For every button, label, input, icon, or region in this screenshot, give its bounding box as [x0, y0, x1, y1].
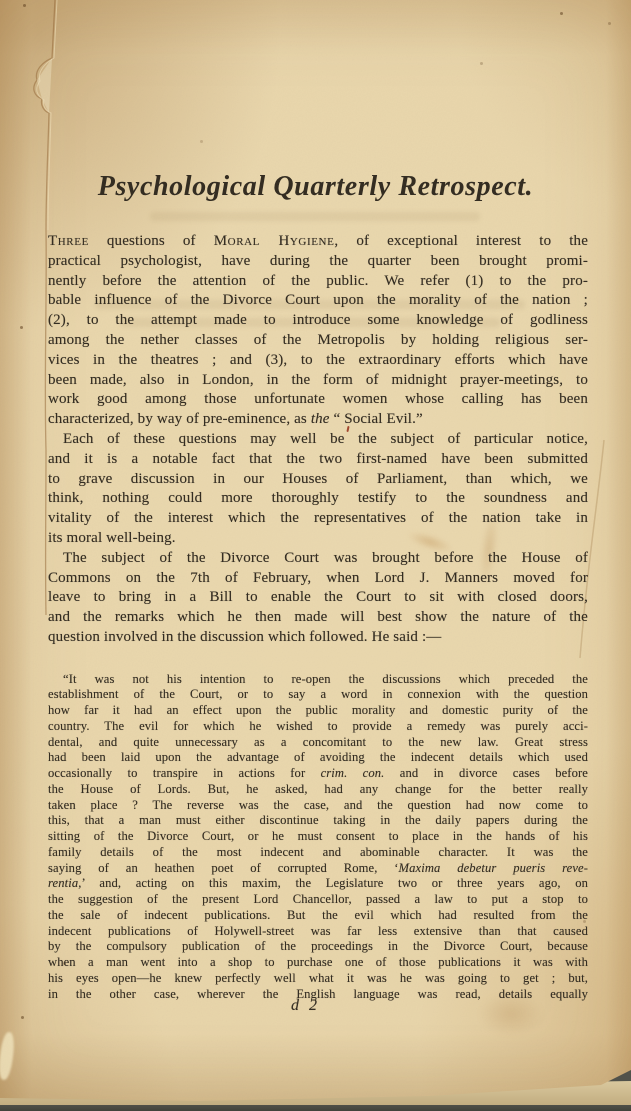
- text-line: had been laid upon the advantage of avoi…: [48, 750, 588, 766]
- text-line: “It was not his intention to re-open the…: [48, 672, 588, 688]
- text-line: how far it had an effect upon the public…: [48, 703, 588, 719]
- text-line: the suggestion of the present Lord Chanc…: [48, 892, 588, 908]
- text-line: characterized, by way of pre-eminence, a…: [48, 410, 588, 430]
- text-line: this, that a man must either discontinue…: [48, 813, 588, 829]
- page-paper: Psychological Quarterly Retrospect. Thre…: [0, 0, 631, 1111]
- text-line: vitality of the interest which the repre…: [48, 509, 588, 529]
- text-line: saying of an heathen poet of corrupted R…: [48, 861, 588, 877]
- text-block: Three questions of Moral Hygiene, of exc…: [48, 232, 588, 1002]
- ink-speck: [560, 12, 563, 15]
- text-line: vices in the theatres ; and (3), to the …: [48, 351, 588, 371]
- text-line: leave to bring in a Bill to enable the C…: [48, 588, 588, 608]
- text-line: its moral well-being.: [48, 529, 588, 549]
- ink-speck: [21, 1016, 24, 1019]
- text-line: establishment of the Court, or to say a …: [48, 687, 588, 703]
- text-line: question involved in the discussion whic…: [48, 628, 588, 648]
- body-paragraph: Each of these questions may well be the …: [48, 430, 588, 549]
- scanned-page: Psychological Quarterly Retrospect. Thre…: [0, 0, 631, 1111]
- ink-speck: [480, 62, 483, 65]
- text-line: when a man went into a shop to purchase …: [48, 955, 588, 971]
- text-line: the House of Lords. But, he asked, had a…: [48, 782, 588, 798]
- text-line: occasionally to transpire in actions for…: [48, 766, 588, 782]
- text-line: family details of the most indecent and …: [48, 845, 588, 861]
- text-line: and the remarks which he then made will …: [48, 608, 588, 628]
- text-line: (2), to the attempt made to introduce so…: [48, 311, 588, 331]
- text-line: the sale of indecent publications. But t…: [48, 908, 588, 924]
- text-line: and it is a notable fact that the two fi…: [48, 450, 588, 470]
- text-line: his eyes open—he knew perfectly well wha…: [48, 971, 588, 987]
- ink-speck: [608, 22, 611, 25]
- signature-mark: d 2: [0, 997, 621, 1015]
- text-line: sitting of the Divorce Court, or he must…: [48, 829, 588, 845]
- text-line: The subject of the Divorce Court was bro…: [48, 549, 588, 569]
- text-line: to grave discussion in our Houses of Par…: [48, 470, 588, 490]
- text-line: taken place ? The reverse was the case, …: [48, 798, 588, 814]
- page-edge-highlight: [0, 1031, 16, 1080]
- text-line: think, nothing could more thoroughly tes…: [48, 489, 588, 509]
- body-paragraph: The subject of the Divorce Court was bro…: [48, 549, 588, 648]
- text-line: Each of these questions may well be the …: [48, 430, 588, 450]
- text-line: practical psychologist, have during the …: [48, 252, 588, 272]
- ink-speck: [20, 326, 23, 329]
- text-line: among the nether classes of the Metropol…: [48, 331, 588, 351]
- ink-speck: [200, 140, 203, 143]
- text-line: by the compulsory publication of the pro…: [48, 939, 588, 955]
- page-title: Psychological Quarterly Retrospect.: [0, 171, 631, 203]
- show-through-mark: [150, 212, 480, 221]
- text-line: bable influence of the Divorce Court upo…: [48, 291, 588, 311]
- text-line: indecent publications of Holywell-street…: [48, 924, 588, 940]
- quoted-speech-paragraph: “It was not his intention to re-open the…: [48, 672, 588, 1003]
- text-line: Commons on the 7th of February, when Lor…: [48, 569, 588, 589]
- text-line: been made, also in London, in the form o…: [48, 371, 588, 391]
- ink-speck: [23, 4, 26, 7]
- body-paragraph: Three questions of Moral Hygiene, of exc…: [48, 232, 588, 430]
- text-line: rentia,’ and, acting on this maxim, the …: [48, 876, 588, 892]
- text-line: Three questions of Moral Hygiene, of exc…: [48, 232, 588, 252]
- text-line: dental, and quite unnecessary as a conco…: [48, 735, 588, 751]
- text-line: country. The evil for which he wished to…: [48, 719, 588, 735]
- text-line: work good among those unfortunate women …: [48, 390, 588, 410]
- text-line: nently before the attention of the publi…: [48, 272, 588, 292]
